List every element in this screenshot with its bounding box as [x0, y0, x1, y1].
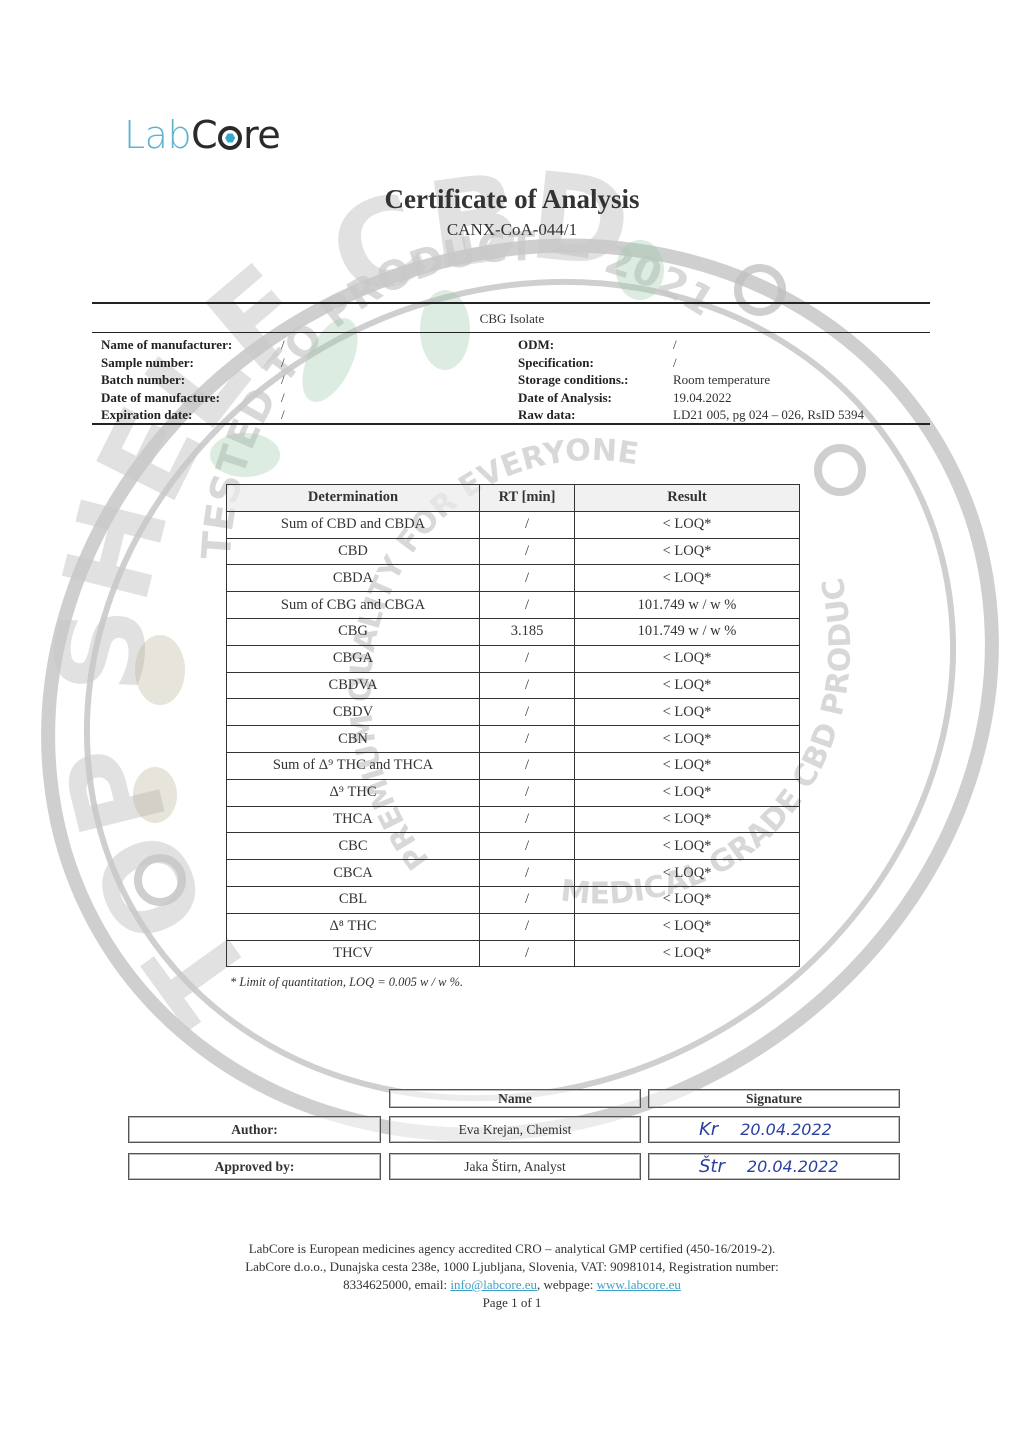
table-row: Sum of CBG and CBGA/101.749 w / w %: [227, 592, 800, 619]
table-header-row: Determination RT [min] Result: [227, 485, 800, 512]
determination-cell: CBC: [227, 833, 480, 860]
table-row: Sum of CBD and CBDA/< LOQ*: [227, 511, 800, 538]
rt-cell: /: [480, 592, 575, 619]
determination-cell: Sum of Δ⁹ THC and THCA: [227, 752, 480, 779]
logo-text-c: C: [191, 113, 217, 157]
determination-cell: CBDVA: [227, 672, 480, 699]
approver-sign-date: 20.04.2022: [747, 1157, 839, 1176]
results-table: Determination RT [min] Result Sum of CBD…: [226, 484, 800, 967]
results-body: Sum of CBD and CBDA/< LOQ*CBD/< LOQ*CBDA…: [227, 511, 800, 967]
info-row: ODM:/: [518, 336, 864, 354]
result-cell: < LOQ*: [575, 806, 800, 833]
determination-cell: CBGA: [227, 645, 480, 672]
result-cell: < LOQ*: [575, 886, 800, 913]
signature-column-header: Signature: [648, 1089, 900, 1108]
table-row: CBN/< LOQ*: [227, 726, 800, 753]
rt-cell: /: [480, 913, 575, 940]
result-cell: 101.749 w / w %: [575, 618, 800, 645]
rt-cell: /: [480, 726, 575, 753]
document-title: Certificate of Analysis: [0, 184, 1024, 215]
info-row: Date of Analysis:19.04.2022: [518, 389, 864, 407]
result-cell: < LOQ*: [575, 565, 800, 592]
author-label: Author:: [128, 1116, 381, 1143]
footer: LabCore is European medicines agency acc…: [0, 1240, 1024, 1312]
footer-contact: 8334625000, email: info@labcore.eu, webp…: [0, 1276, 1024, 1294]
determination-cell: CBCA: [227, 860, 480, 887]
logo-text-lab: Lab: [124, 113, 191, 157]
hexagon-o-icon: [218, 126, 242, 150]
rt-cell: 3.185: [480, 618, 575, 645]
rt-cell: /: [480, 779, 575, 806]
info-row: Date of manufacture:/: [101, 389, 285, 407]
column-header-determination: Determination: [227, 485, 480, 512]
author-sign-date: 20.04.2022: [740, 1120, 832, 1139]
result-cell: < LOQ*: [575, 940, 800, 967]
approver-signature: Štr 20.04.2022: [648, 1153, 900, 1180]
result-cell: < LOQ*: [575, 752, 800, 779]
certificate-page: LabCre Certificate of Analysis CANX-CoA-…: [0, 0, 1024, 1449]
result-cell: < LOQ*: [575, 645, 800, 672]
determination-cell: Δ⁹ THC: [227, 779, 480, 806]
document-code: CANX-CoA-044/1: [0, 220, 1024, 240]
rt-cell: /: [480, 699, 575, 726]
info-row: Name of manufacturer:/: [101, 336, 285, 354]
name-column-header: Name: [389, 1089, 641, 1108]
author-signature: Kr 20.04.2022: [648, 1116, 900, 1143]
determination-cell: CBDA: [227, 565, 480, 592]
divider: [92, 332, 930, 333]
determination-cell: CBL: [227, 886, 480, 913]
result-cell: < LOQ*: [575, 726, 800, 753]
logo-text-re: re: [243, 113, 280, 157]
table-row: CBCA/< LOQ*: [227, 860, 800, 887]
column-header-result: Result: [575, 485, 800, 512]
table-row: CBDV/< LOQ*: [227, 699, 800, 726]
table-row: Δ⁹ THC/< LOQ*: [227, 779, 800, 806]
table-row: Δ⁸ THC/< LOQ*: [227, 913, 800, 940]
rt-cell: /: [480, 645, 575, 672]
sample-info-left: Name of manufacturer:/ Sample number:/ B…: [101, 336, 285, 424]
rt-cell: /: [480, 672, 575, 699]
rt-cell: /: [480, 565, 575, 592]
approver-name: Jaka Štirn, Analyst: [389, 1153, 641, 1180]
product-name: CBG Isolate: [0, 311, 1024, 327]
determination-cell: Sum of CBD and CBDA: [227, 511, 480, 538]
determination-cell: Δ⁸ THC: [227, 913, 480, 940]
result-cell: < LOQ*: [575, 699, 800, 726]
rt-cell: /: [480, 940, 575, 967]
approver-label: Approved by:: [128, 1153, 381, 1180]
determination-cell: THCA: [227, 806, 480, 833]
table-row: CBC/< LOQ*: [227, 833, 800, 860]
divider: [92, 423, 930, 425]
divider: [92, 302, 930, 304]
table-row: Sum of Δ⁹ THC and THCA/< LOQ*: [227, 752, 800, 779]
email-link[interactable]: info@labcore.eu: [450, 1277, 537, 1292]
info-row: Batch number:/: [101, 371, 285, 389]
determination-cell: Sum of CBG and CBGA: [227, 592, 480, 619]
info-row: Raw data:LD21 005, pg 024 – 026, RsID 53…: [518, 406, 864, 424]
table-row: CBDVA/< LOQ*: [227, 672, 800, 699]
loq-footnote: * Limit of quantitation, LOQ = 0.005 w /…: [230, 975, 463, 990]
table-row: CBDA/< LOQ*: [227, 565, 800, 592]
labcore-logo: LabCre: [124, 116, 280, 154]
determination-cell: CBG: [227, 618, 480, 645]
determination-cell: THCV: [227, 940, 480, 967]
author-name: Eva Krejan, Chemist: [389, 1116, 641, 1143]
rt-cell: /: [480, 833, 575, 860]
result-cell: 101.749 w / w %: [575, 592, 800, 619]
result-cell: < LOQ*: [575, 833, 800, 860]
result-cell: < LOQ*: [575, 860, 800, 887]
info-row: Expiration date:/: [101, 406, 285, 424]
footer-address: LabCore d.o.o., Dunajska cesta 238e, 100…: [0, 1258, 1024, 1276]
sample-info-right: ODM:/ Specification:/ Storage conditions…: [518, 336, 864, 424]
approver-initials: Štr: [699, 1156, 725, 1177]
table-row: CBG3.185101.749 w / w %: [227, 618, 800, 645]
table-row: CBGA/< LOQ*: [227, 645, 800, 672]
info-row: Specification:/: [518, 354, 864, 372]
table-row: CBL/< LOQ*: [227, 886, 800, 913]
page-number: Page 1 of 1: [0, 1294, 1024, 1312]
rt-cell: /: [480, 538, 575, 565]
rt-cell: /: [480, 860, 575, 887]
website-link[interactable]: www.labcore.eu: [597, 1277, 681, 1292]
rt-cell: /: [480, 886, 575, 913]
determination-cell: CBD: [227, 538, 480, 565]
determination-cell: CBN: [227, 726, 480, 753]
result-cell: < LOQ*: [575, 913, 800, 940]
result-cell: < LOQ*: [575, 779, 800, 806]
rt-cell: /: [480, 806, 575, 833]
table-row: THCA/< LOQ*: [227, 806, 800, 833]
determination-cell: CBDV: [227, 699, 480, 726]
table-row: CBD/< LOQ*: [227, 538, 800, 565]
result-cell: < LOQ*: [575, 538, 800, 565]
rt-cell: /: [480, 752, 575, 779]
rt-cell: /: [480, 511, 575, 538]
author-initials: Kr: [699, 1119, 718, 1140]
table-row: THCV/< LOQ*: [227, 940, 800, 967]
column-header-rt: RT [min]: [480, 485, 575, 512]
info-row: Storage conditions.:Room temperature: [518, 371, 864, 389]
info-row: Sample number:/: [101, 354, 285, 372]
footer-accreditation: LabCore is European medicines agency acc…: [0, 1240, 1024, 1258]
result-cell: < LOQ*: [575, 672, 800, 699]
result-cell: < LOQ*: [575, 511, 800, 538]
